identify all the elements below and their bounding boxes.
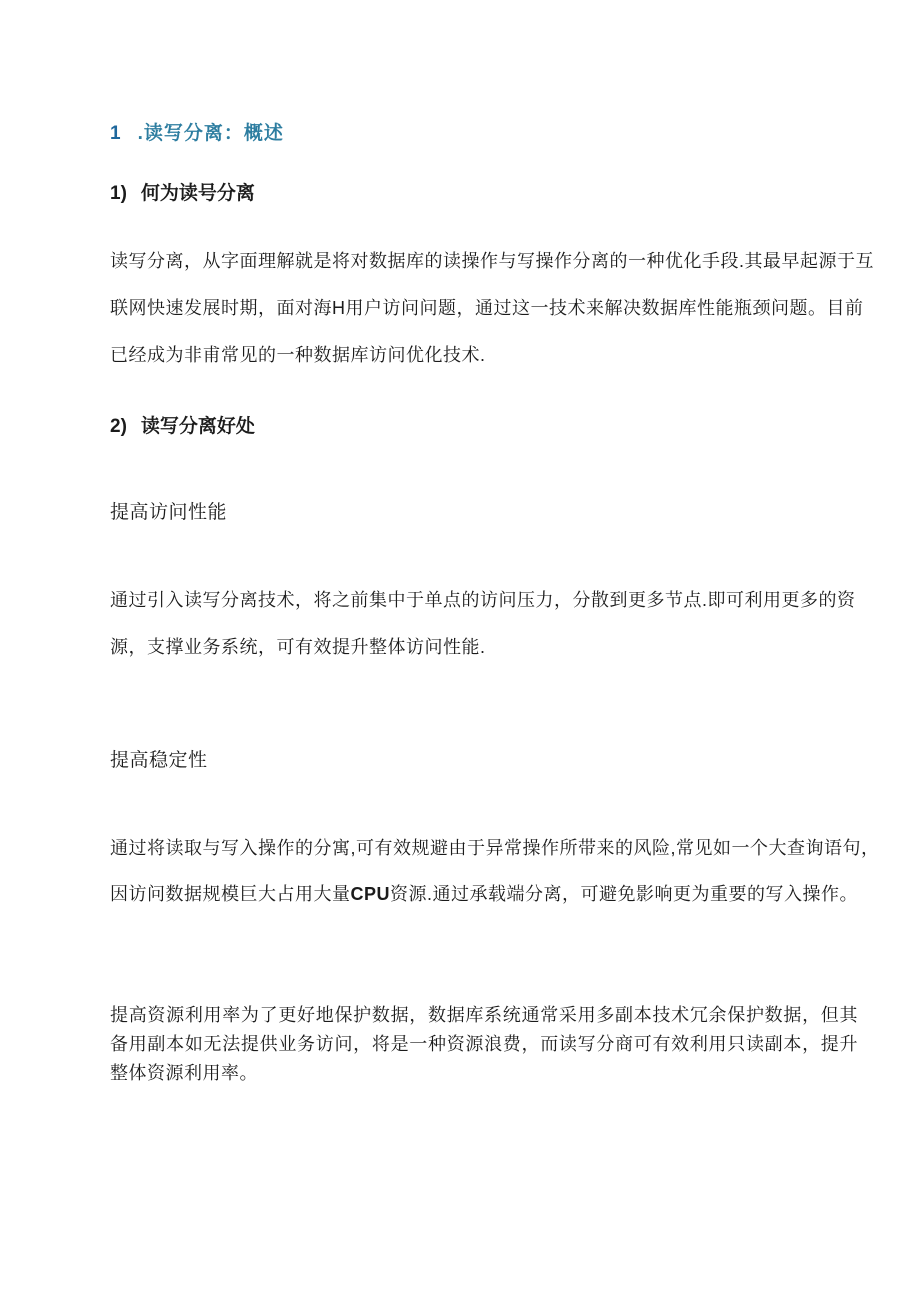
paragraph-line: 通过将读取与写入操作的分寓,可有效规避由于异常操作所带来的风险,常见如一个大查询… — [110, 825, 850, 871]
subheading-number: 1) — [110, 183, 127, 204]
subheading-benefits: 2)读写分离好处 — [110, 415, 850, 439]
paragraph-performance: 通过引入读写分离技术，将之前集中于单点的访问压力，分散到更多节点.即可利用更多的… — [110, 577, 850, 671]
heading-number: 1 — [110, 123, 121, 144]
benefit-performance-label: 提高访问性能 — [110, 501, 850, 525]
document-page: 1.读写分离：概述 1)何为读号分离 读写分离，从字面理解就是将对数据库的读操作… — [0, 0, 920, 1301]
paragraph-definition: 读写分离，从字面理解就是将对数据库的读操作与写操作分离的一种优化手段.其最早起源… — [110, 238, 850, 379]
paragraph-line: 读写分离，从字面理解就是将对数据库的读操作与写操作分离的一种优化手段.其最早起源… — [110, 238, 850, 285]
subheading-label: 读写分离好处 — [141, 416, 255, 437]
benefit-stability-label: 提高稳定性 — [110, 749, 850, 773]
section-heading: 1.读写分离：概述 — [110, 122, 850, 146]
paragraph-line: 源，支撑业务系统，可有效提升整体访问性能. — [110, 624, 850, 671]
paragraph-text-pre: 因访问数据规模巨大占用大量 — [110, 884, 351, 904]
paragraph-line: 因访问数据规模巨大占用大量CPU资源.通过承载端分离，可避免影响更为重要的写入操… — [110, 871, 850, 917]
paragraph-line: 已经成为非甫常见的一种数据库访问优化技术. — [110, 332, 850, 379]
paragraph-line: 通过引入读写分离技术，将之前集中于单点的访问压力，分散到更多节点.即可利用更多的… — [110, 577, 850, 624]
cpu-bold-text: CPU — [351, 884, 391, 904]
subheading-number: 2) — [110, 416, 127, 437]
paragraph-line: 联网快速发展时期，面对海H用户访问问题，通过这一技术来解决数据库性能瓶颈问题。目… — [110, 285, 850, 332]
subheading-label: 何为读号分离 — [141, 183, 255, 204]
paragraph-resource-utilization: 提高资源利用率为了更好地保护数据，数据库系统通常采用多副本技术冗余保护数据，但其… — [110, 1001, 858, 1088]
subheading-what-is: 1)何为读号分离 — [110, 182, 850, 206]
heading-title: .读写分离：概述 — [138, 123, 284, 144]
paragraph-stability: 通过将读取与写入操作的分寓,可有效规避由于异常操作所带来的风险,常见如一个大查询… — [110, 825, 850, 917]
paragraph-text-post: 资源.通过承载端分离，可避免影响更为重要的写入操作。 — [390, 884, 858, 904]
